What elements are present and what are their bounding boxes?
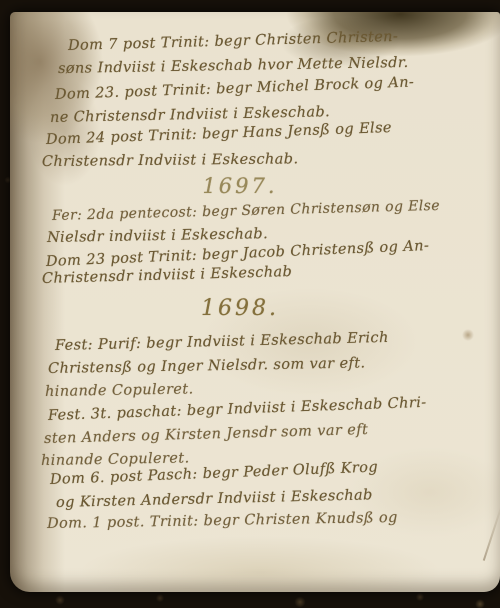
manuscript-line: sten Anders og Kirsten Jensdr som var ef…: [44, 422, 369, 447]
manuscript-line: Fer: 2da pentecost: begr Søren Christens…: [52, 198, 440, 224]
manuscript-photo: Dom 7 post Trinit: begr Christen Christe…: [0, 0, 500, 608]
manuscript-line: Christensdr Indviist i Eskeschab.: [42, 151, 299, 170]
manuscript-line: Christensß og Inger Nielsdr. som var eft…: [48, 355, 366, 377]
year-heading-1698: 1698.: [10, 296, 470, 321]
manuscript-line: hinande Copuleret.: [41, 450, 190, 469]
manuscript-line: Dom. 1 post. Trinit: begr Christen Knuds…: [47, 510, 398, 532]
manuscript-line: Nielsdr indviist i Eskeschab.: [47, 226, 268, 246]
manuscript-line: hinande Copuleret.: [45, 381, 194, 400]
year-heading-1697: 1697.: [10, 174, 470, 198]
manuscript-page: Dom 7 post Trinit: begr Christen Christe…: [10, 12, 500, 592]
manuscript-line: søns Indviist i Eskeschab hvor Mette Nie…: [58, 55, 409, 77]
manuscript-line: Dom 7 post Trinit: begr Christen Christe…: [68, 29, 399, 54]
manuscript-line: og Kirsten Andersdr Indviist i Eskeschab: [56, 487, 373, 511]
manuscript-line: Fest. 3t. paschat: begr Indviist i Eskes…: [48, 395, 427, 424]
manuscript-line: Dom 23. post Trinit: begr Michel Brock o…: [55, 74, 415, 103]
manuscript-line: Fest: Purif: begr Indviist i Eskeschab E…: [55, 330, 389, 354]
page-crease: [483, 503, 500, 561]
